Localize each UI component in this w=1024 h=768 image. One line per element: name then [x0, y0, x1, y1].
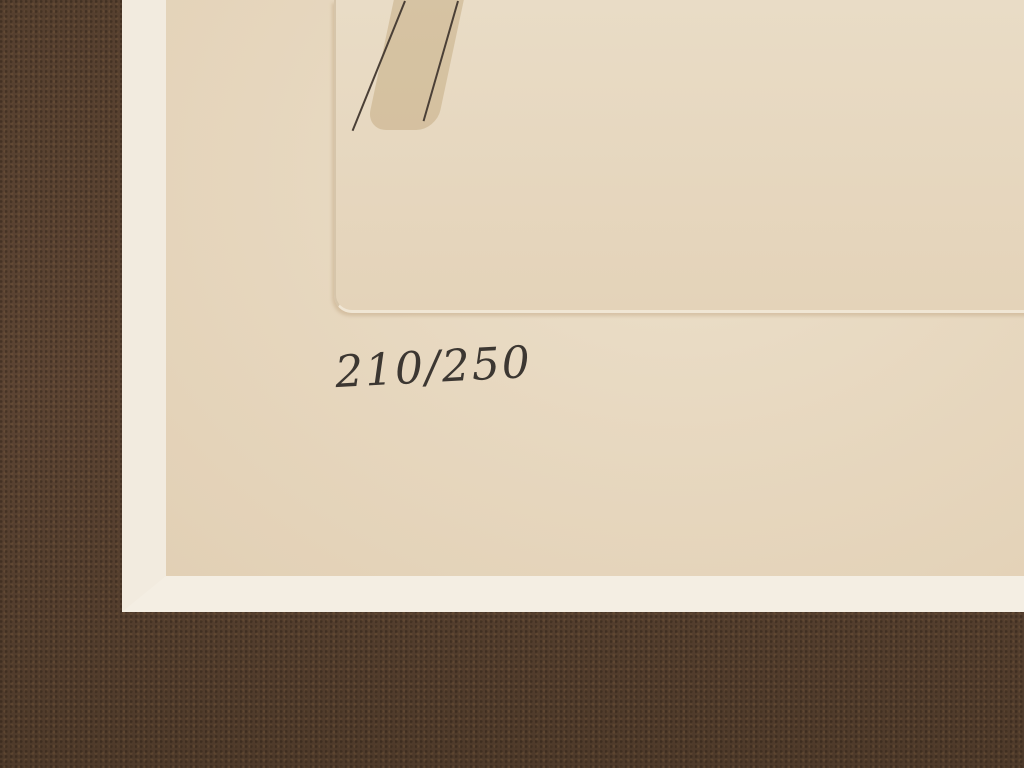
edition-number: 210/250: [334, 337, 533, 398]
print-paper: [166, 0, 1024, 576]
